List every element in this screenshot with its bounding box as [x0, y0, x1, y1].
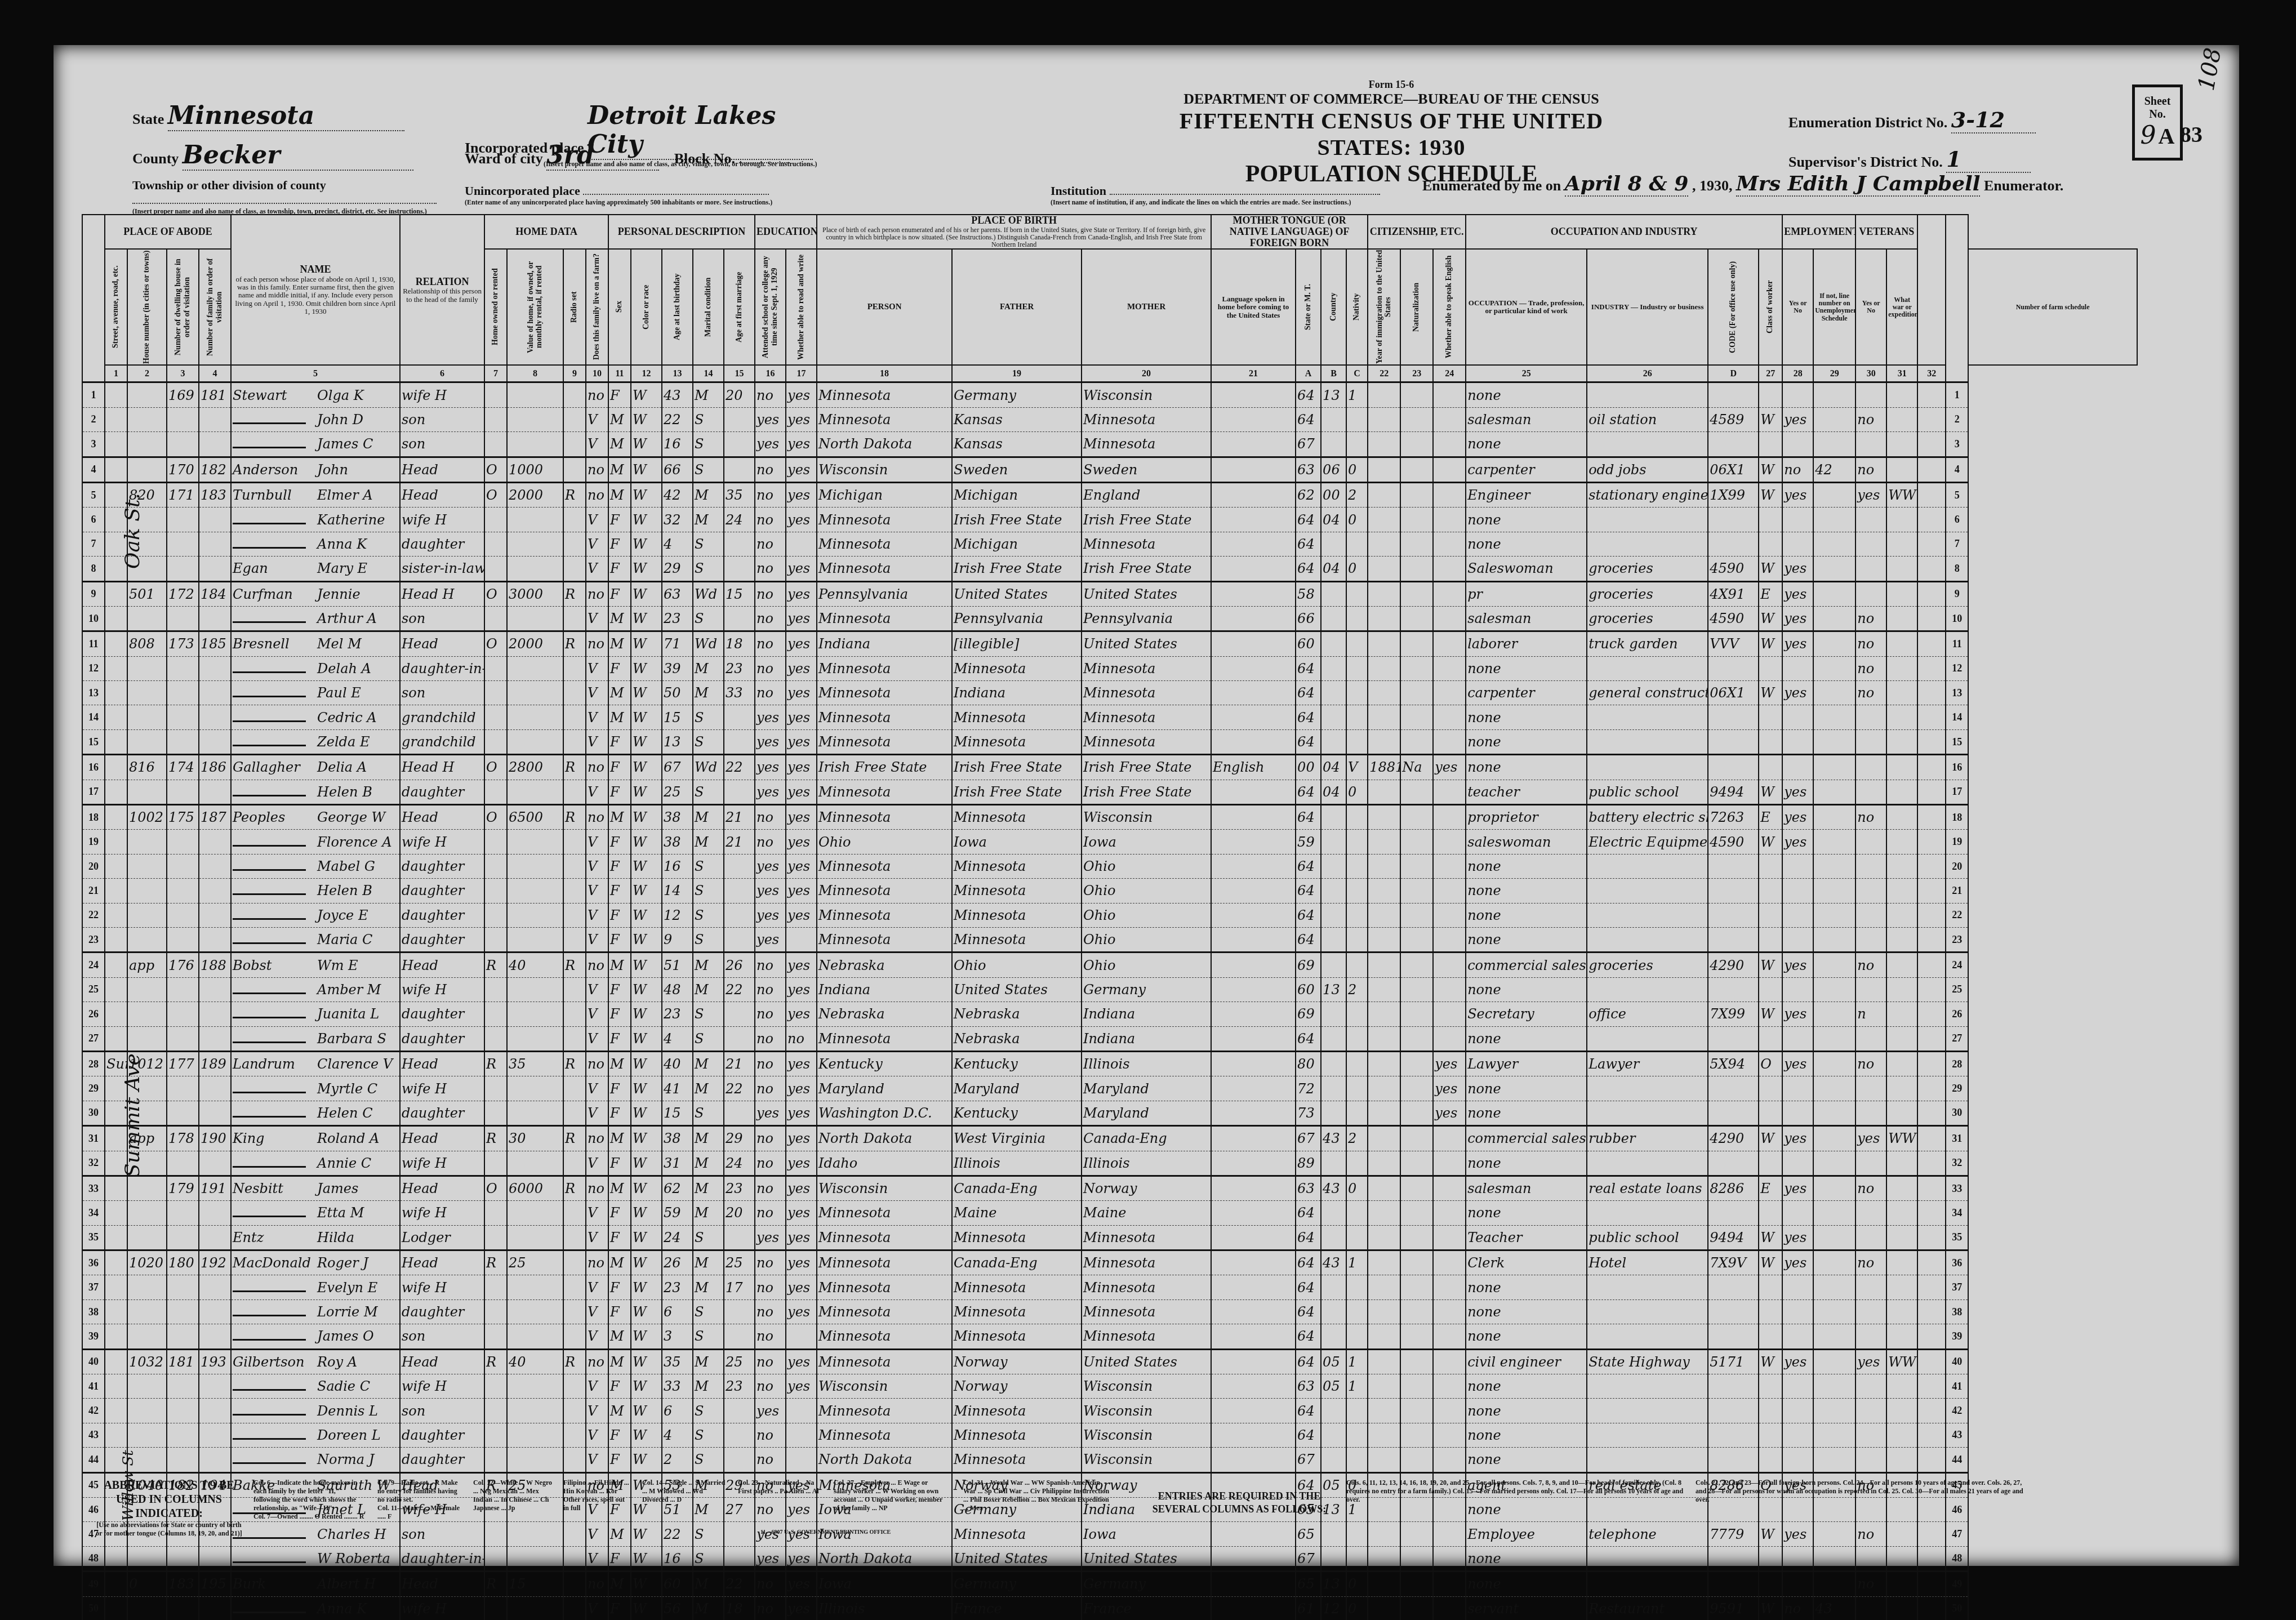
cell-war	[1886, 1374, 1917, 1399]
cell-cls: W	[1759, 1250, 1782, 1275]
cell-radio	[563, 1026, 586, 1051]
person-name: Anna K	[231, 532, 400, 556]
cell-code	[1708, 1374, 1759, 1399]
cell-unemp	[1813, 1051, 1856, 1076]
cell-occ: none	[1466, 755, 1587, 780]
cell-nat	[1400, 1448, 1433, 1472]
cell-age-marr	[724, 927, 755, 952]
cell-father: Illinois	[952, 1151, 1082, 1176]
cell-age: 38	[662, 1126, 693, 1151]
cell-school: yes	[755, 903, 786, 927]
cell-sex: M	[608, 457, 631, 482]
cell-farmsch	[1917, 1299, 1946, 1324]
cell-read: yes	[786, 953, 817, 977]
cell-age: 35	[662, 1349, 693, 1374]
cell-farm: no	[586, 1051, 608, 1076]
cell-value	[507, 508, 563, 532]
cell-mother: United States	[1082, 631, 1211, 656]
sheet-number-box: Sheet No. 9 A	[2132, 84, 2183, 161]
cell-sex: F	[608, 1596, 631, 1620]
table-row: 17Helen BdaughterVFW25SyesyesMinnesotaIr…	[82, 780, 2137, 804]
cell-family	[199, 729, 231, 754]
cell-street	[105, 1374, 127, 1399]
cell-house	[127, 1299, 167, 1324]
cell-father: Canada-Eng	[952, 1250, 1082, 1275]
cell-relation: daughter	[400, 1423, 484, 1447]
cell-lang	[1211, 407, 1296, 431]
cell-race: W	[631, 681, 662, 705]
cell-vet	[1856, 581, 1886, 606]
cell-dwelling	[167, 1201, 199, 1225]
cell-radio	[563, 681, 586, 705]
cell-farm: V	[586, 1399, 608, 1423]
cell-lang	[1211, 1324, 1296, 1349]
cell-family: 190	[199, 1126, 231, 1151]
cell-sex: F	[608, 1448, 631, 1472]
cell-age-marr: 17	[724, 1275, 755, 1299]
cell-value	[507, 1101, 563, 1125]
person-name: Amber M	[231, 977, 400, 1002]
group-home-data: HOME DATA	[484, 215, 608, 249]
cell-cls: E	[1759, 1176, 1782, 1200]
cell-cc	[1346, 1324, 1368, 1349]
cell-dwelling: 171	[167, 482, 199, 507]
cell-cb: 13	[1321, 1572, 1346, 1596]
cell-family	[199, 508, 231, 532]
cell-birth: North Dakota	[817, 1448, 952, 1472]
cell-lang	[1211, 830, 1296, 854]
cell-owned	[484, 830, 507, 854]
cell-lang	[1211, 1250, 1296, 1275]
cell-sex: F	[608, 557, 631, 581]
cell-farmsch	[1917, 557, 1946, 581]
cell-ind: general construction	[1587, 681, 1708, 705]
group-abode: PLACE OF ABODE	[105, 215, 231, 249]
cell-eng	[1433, 1423, 1466, 1447]
cell-cc	[1346, 1423, 1368, 1447]
cell-nat	[1400, 805, 1433, 830]
cell-radio: R	[563, 1349, 586, 1374]
cell-occ: none	[1466, 1374, 1587, 1399]
cell-street	[105, 532, 127, 556]
column-number: 22	[1368, 365, 1400, 382]
cell-occ: Saleswoman	[1466, 557, 1587, 581]
cell-cc	[1346, 805, 1368, 830]
column-number: C	[1346, 365, 1368, 382]
cell-read: yes	[786, 1051, 817, 1076]
cell-occ: none	[1466, 977, 1587, 1002]
cell-school: no	[755, 681, 786, 705]
cell-work	[1782, 1076, 1813, 1101]
cell-farmsch	[1917, 1126, 1946, 1151]
cell-family	[199, 557, 231, 581]
cell-unemp	[1813, 1101, 1856, 1125]
cell-vet	[1856, 977, 1886, 1002]
column-number: 1	[105, 365, 127, 382]
cell-cb	[1321, 1051, 1346, 1076]
cell-sex: F	[608, 879, 631, 903]
table-row: 401032181193GilbertsonRoy AHeadR40RnoMW3…	[82, 1349, 2137, 1374]
cell-nat	[1400, 1225, 1433, 1250]
given-name: Amber M	[317, 982, 381, 998]
cell-war	[1886, 879, 1917, 903]
cell-war	[1886, 681, 1917, 705]
person-name: Cedric A	[231, 705, 400, 729]
cell-work	[1782, 1026, 1813, 1051]
cell-occ: none	[1466, 508, 1587, 532]
cell-eng	[1433, 854, 1466, 878]
cell-imm	[1368, 557, 1400, 581]
table-row: 25Amber Mwife HVFW48M22noyesIndianaUnite…	[82, 977, 2137, 1002]
cell-age-marr: 35	[724, 482, 755, 507]
cell-age: 25	[662, 780, 693, 804]
line-number: 17	[82, 780, 105, 804]
cell-cb	[1321, 903, 1346, 927]
cell-school: no	[755, 1572, 786, 1596]
table-row: 8EganMary Esister-in-lawVFW29SnoyesMinne…	[82, 557, 2137, 581]
cell-nat	[1400, 830, 1433, 854]
cell-nat	[1400, 729, 1433, 754]
surname	[233, 937, 306, 944]
cell-birth: Minnesota	[817, 927, 952, 952]
cell-owned	[484, 1101, 507, 1125]
cell-war	[1886, 1324, 1917, 1349]
cell-age-marr	[724, 1299, 755, 1324]
cell-farm: no	[586, 1176, 608, 1200]
cell-dwelling: 175	[167, 805, 199, 830]
cell-relation: Head	[400, 1176, 484, 1200]
cell-house	[127, 1101, 167, 1125]
table-row: 20Mabel GdaughterVFW16SyesyesMinnesotaMi…	[82, 854, 2137, 878]
cell-owned	[484, 382, 507, 407]
cell-imm	[1368, 382, 1400, 407]
table-row: 37Evelyn Ewife HVFW23M17noyesMinnesotaMi…	[82, 1275, 2137, 1299]
cell-age-marr	[724, 532, 755, 556]
line-number: 28	[1946, 1051, 1968, 1076]
cell-marital: M	[693, 1349, 724, 1374]
given-name: Anna K	[317, 1601, 367, 1617]
cell-war: WW	[1886, 482, 1917, 507]
line-number: 21	[1946, 879, 1968, 903]
cell-sex: F	[608, 729, 631, 754]
line-number: 5	[82, 482, 105, 507]
cell-relation: son	[400, 407, 484, 431]
cell-father: Minnesota	[952, 1225, 1082, 1250]
cell-relation: Head	[400, 1572, 484, 1596]
cell-cc	[1346, 1448, 1368, 1472]
cell-read: yes	[786, 780, 817, 804]
cell-relation: Head H	[400, 755, 484, 780]
cell-value	[507, 1151, 563, 1176]
cell-age: 33	[662, 1374, 693, 1399]
cell-cb	[1321, 1101, 1346, 1125]
cell-sex: F	[608, 532, 631, 556]
cell-radio: R	[563, 581, 586, 606]
cell-imm	[1368, 508, 1400, 532]
person-name: Zelda E	[231, 729, 400, 754]
surname	[233, 987, 306, 994]
cell-occ: civil engineer	[1466, 1349, 1587, 1374]
cell-sex: M	[608, 953, 631, 977]
cell-owned	[484, 780, 507, 804]
cell-lang	[1211, 1002, 1296, 1026]
cell-imm	[1368, 729, 1400, 754]
line-number: 13	[1946, 681, 1968, 705]
surname	[233, 1086, 306, 1093]
cell-mother: Minnesota	[1082, 1225, 1211, 1250]
cell-farmsch	[1917, 830, 1946, 854]
cell-war	[1886, 606, 1917, 631]
cell-birth: Wisconsin	[817, 457, 952, 482]
cell-radio	[563, 532, 586, 556]
cell-age: 6	[662, 1299, 693, 1324]
table-row: 32Annie Cwife HVFW31M24noyesIdahoIllinoi…	[82, 1151, 2137, 1176]
line-number: 48	[82, 1546, 105, 1571]
cell-imm	[1368, 1201, 1400, 1225]
cell-age: 16	[662, 854, 693, 878]
column-number: 5	[231, 365, 400, 382]
cell-work	[1782, 1572, 1813, 1596]
cell-family	[199, 1201, 231, 1225]
cell-work	[1782, 1423, 1813, 1447]
cell-unemp	[1813, 1201, 1856, 1225]
cell-house: 1020	[127, 1250, 167, 1275]
cell-imm	[1368, 705, 1400, 729]
cell-relation: daughter	[400, 927, 484, 952]
cell-cb: 04	[1321, 508, 1346, 532]
cell-cc	[1346, 953, 1368, 977]
table-row: 2John DsonVMW22SyesyesMinnesotaKansasMin…	[82, 407, 2137, 431]
line-number: 50	[1946, 1596, 1968, 1620]
cell-birth: Minnesota	[817, 1299, 952, 1324]
cell-house: 1002	[127, 805, 167, 830]
cell-school: no	[755, 1076, 786, 1101]
table-row: 16816174186GallagherDelia AHead HO2800Rn…	[82, 755, 2137, 780]
person-name: Joyce E	[231, 903, 400, 927]
cell-imm	[1368, 1076, 1400, 1101]
cell-dwelling	[167, 879, 199, 903]
cell-sex: F	[608, 1201, 631, 1225]
given-name: Myrtle C	[317, 1081, 377, 1097]
cell-vet: no	[1856, 631, 1886, 656]
cell-farm: no	[586, 953, 608, 977]
cell-code: 7X99	[1708, 1002, 1759, 1026]
column-number: 9	[563, 365, 586, 382]
cell-read: no	[786, 1026, 817, 1051]
cell-cb	[1321, 705, 1346, 729]
cell-nat	[1400, 1374, 1433, 1399]
cell-work	[1782, 1374, 1813, 1399]
cell-house	[127, 1423, 167, 1447]
cell-owned	[484, 407, 507, 431]
cell-father: Kansas	[952, 432, 1082, 457]
cell-cc: 0	[1346, 508, 1368, 532]
cell-age: 24	[662, 1225, 693, 1250]
cell-occ: salesman	[1466, 606, 1587, 631]
cell-ind	[1587, 729, 1708, 754]
cell-dwelling	[167, 1002, 199, 1026]
given-name: Hilda	[317, 1230, 354, 1245]
cell-cc	[1346, 532, 1368, 556]
cell-ca: 64	[1296, 854, 1321, 878]
cell-marital: M	[693, 1151, 724, 1176]
person-name: AndersonJohn	[231, 457, 400, 482]
cell-lang	[1211, 606, 1296, 631]
cell-ind: groceries	[1587, 606, 1708, 631]
cell-read: yes	[786, 606, 817, 631]
cell-lang	[1211, 1349, 1296, 1374]
cell-sex: F	[608, 854, 631, 878]
cell-cc: 0	[1346, 557, 1368, 581]
cell-age-marr	[724, 705, 755, 729]
cell-mother: Wisconsin	[1082, 805, 1211, 830]
cell-read: yes	[786, 631, 817, 656]
cell-read: yes	[786, 1349, 817, 1374]
cell-lang	[1211, 780, 1296, 804]
cell-occ: none	[1466, 903, 1587, 927]
cell-farmsch	[1917, 1026, 1946, 1051]
cell-farm: V	[586, 656, 608, 680]
cell-work: yes	[1782, 1176, 1813, 1200]
cell-farmsch	[1917, 1448, 1946, 1472]
person-name: Maria C	[231, 927, 400, 952]
cell-cls	[1759, 729, 1782, 754]
cell-birth: Wisconsin	[817, 1176, 952, 1200]
cell-farmsch	[1917, 606, 1946, 631]
cell-mother: Minnesota	[1082, 532, 1211, 556]
given-name: Cedric A	[317, 710, 376, 726]
cell-value	[507, 780, 563, 804]
cell-value: 2800	[507, 755, 563, 780]
line-number: 27	[82, 1026, 105, 1051]
cell-birth: Minnesota	[817, 508, 952, 532]
cell-unemp	[1813, 631, 1856, 656]
cell-street	[105, 854, 127, 878]
cell-farm: V	[586, 606, 608, 631]
line-number: 26	[82, 1002, 105, 1026]
cell-imm	[1368, 977, 1400, 1002]
cell-relation: daughter	[400, 780, 484, 804]
cell-school: yes	[755, 729, 786, 754]
cell-unemp	[1813, 1225, 1856, 1250]
cell-relation: daughter-in-law H	[400, 656, 484, 680]
cell-read: yes	[786, 681, 817, 705]
table-row: 1169181StewartOlga Kwife HnoFW43M20noyes…	[82, 382, 2137, 407]
cell-family	[199, 606, 231, 631]
cell-age-marr: 20	[724, 382, 755, 407]
cell-ca: 64	[1296, 1250, 1321, 1275]
cell-marital: Wd	[693, 755, 724, 780]
cell-nat	[1400, 631, 1433, 656]
line-number: 38	[82, 1299, 105, 1324]
cell-war	[1886, 1101, 1917, 1125]
given-name: Zelda E	[317, 734, 370, 750]
cell-cc	[1346, 1151, 1368, 1176]
person-name: NesbittJames	[231, 1176, 400, 1200]
cell-age: 13	[662, 729, 693, 754]
cell-farm: no	[586, 382, 608, 407]
cell-war	[1886, 854, 1917, 878]
cell-nat	[1400, 407, 1433, 431]
cell-family: 182	[199, 457, 231, 482]
cell-mother: Wisconsin	[1082, 1399, 1211, 1423]
cell-code: 9494	[1708, 780, 1759, 804]
cell-unemp	[1813, 977, 1856, 1002]
cell-ind	[1587, 1423, 1708, 1447]
cell-code: 5171	[1708, 1349, 1759, 1374]
cell-father: France	[952, 1596, 1082, 1620]
cell-code: 7263	[1708, 805, 1759, 830]
surname	[233, 666, 306, 673]
cell-eng	[1433, 1176, 1466, 1200]
table-row: 50Anna Kwife HVFW56M18noyesIllinoisFranc…	[82, 1596, 2137, 1620]
cell-owned: R	[484, 1349, 507, 1374]
cell-farmsch	[1917, 432, 1946, 457]
line-number: 5	[1946, 482, 1968, 507]
cell-owned	[484, 1448, 507, 1472]
cell-nat	[1400, 879, 1433, 903]
cell-father: Maine	[952, 1201, 1082, 1225]
cell-code	[1708, 1299, 1759, 1324]
cell-race: W	[631, 729, 662, 754]
cell-lang	[1211, 1026, 1296, 1051]
cell-ca: 64	[1296, 407, 1321, 431]
cell-age: 62	[662, 1176, 693, 1200]
cell-unemp: 43	[1813, 1596, 1856, 1620]
cell-house: 501	[127, 581, 167, 606]
surname: Egan	[233, 560, 317, 576]
person-name: Sadie C	[231, 1374, 400, 1399]
cell-eng	[1433, 1126, 1466, 1151]
cell-sex: F	[608, 656, 631, 680]
person-name: Myrtle C	[231, 1076, 400, 1101]
cell-radio	[563, 1448, 586, 1472]
cell-sex: F	[608, 977, 631, 1002]
cell-cc	[1346, 581, 1368, 606]
cell-family	[199, 1151, 231, 1176]
person-name: CurfmanJennie	[231, 581, 400, 606]
cell-marital: M	[693, 1250, 724, 1275]
cell-cls: W	[1759, 681, 1782, 705]
group-employment: EMPLOYMENT	[1782, 215, 1856, 249]
cell-read: yes	[786, 1374, 817, 1399]
cell-lang	[1211, 656, 1296, 680]
cell-cls	[1759, 1448, 1782, 1472]
cell-read: yes	[786, 705, 817, 729]
cell-dwelling	[167, 432, 199, 457]
cell-eng	[1433, 581, 1466, 606]
cell-value	[507, 407, 563, 431]
cell-occ: none	[1466, 1423, 1587, 1447]
table-row: 22Joyce EdaughterVFW12SyesyesMinnesotaMi…	[82, 903, 2137, 927]
cell-war	[1886, 432, 1917, 457]
cell-house	[127, 729, 167, 754]
cell-marital: S	[693, 705, 724, 729]
given-name: John D	[317, 412, 363, 428]
cell-occ: none	[1466, 927, 1587, 952]
cell-relation: wife H	[400, 382, 484, 407]
cell-marital: M	[693, 681, 724, 705]
cell-nat	[1400, 1324, 1433, 1349]
column-number: 19	[952, 365, 1082, 382]
unincorporated-field: Unincorporated place (Enter name of any …	[465, 184, 772, 207]
surname: Entz	[233, 1230, 317, 1245]
cell-school: no	[755, 805, 786, 830]
cell-birth: Iowa	[817, 1572, 952, 1596]
person-name: John D	[231, 407, 400, 431]
cell-radio: R	[563, 1176, 586, 1200]
cell-eng	[1433, 1374, 1466, 1399]
